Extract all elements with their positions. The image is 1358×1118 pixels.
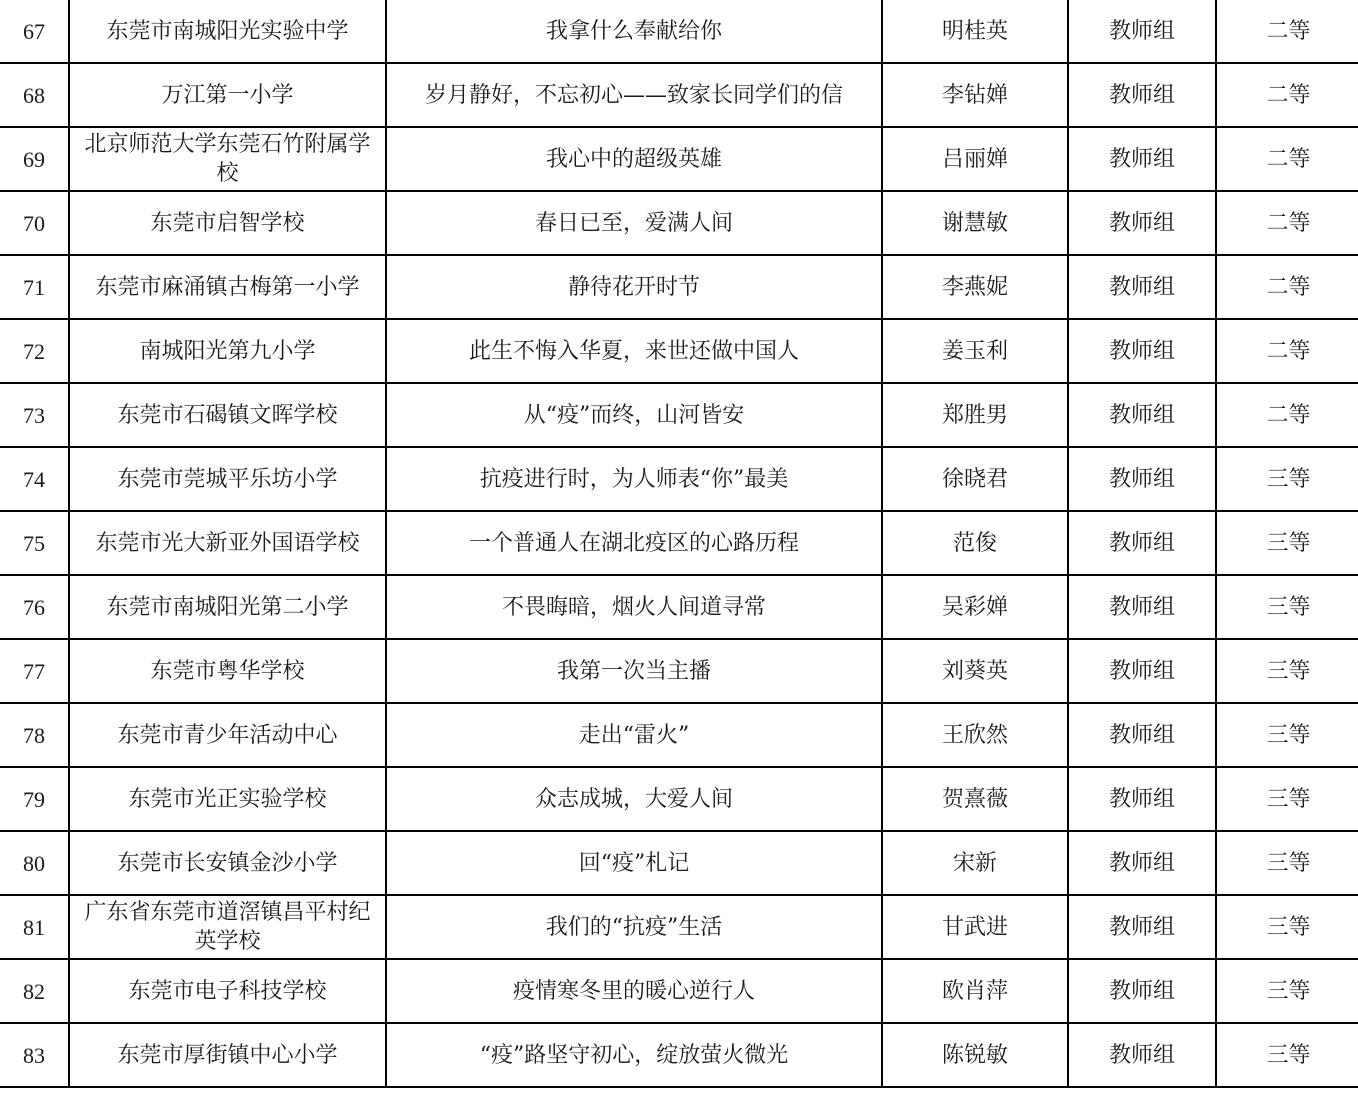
table-row: 83 东莞市厚街镇中心小学 “疫”路坚守初心，绽放萤火微光 陈锐敏 教师组 三等 [0, 1023, 1358, 1087]
prize-level: 二等 [1216, 383, 1358, 447]
table-row: 77 东莞市粤华学校 我第一次当主播 刘葵英 教师组 三等 [0, 639, 1358, 703]
prize-level: 二等 [1216, 127, 1358, 191]
table-row: 76 东莞市南城阳光第二小学 不畏晦暗，烟火人间道寻常 吴彩婵 教师组 三等 [0, 575, 1358, 639]
table-row: 74 东莞市莞城平乐坊小学 抗疫进行时，为人师表“你”最美 徐晓君 教师组 三等 [0, 447, 1358, 511]
row-number: 68 [0, 63, 69, 127]
group-name: 教师组 [1068, 0, 1216, 63]
work-title: 一个普通人在湖北疫区的心路历程 [386, 511, 882, 575]
author-name: 李钻婵 [882, 63, 1068, 127]
row-number: 74 [0, 447, 69, 511]
group-name: 教师组 [1068, 127, 1216, 191]
school-name: 东莞市南城阳光第二小学 [69, 575, 386, 639]
author-name: 吴彩婵 [882, 575, 1068, 639]
group-name: 教师组 [1068, 191, 1216, 255]
author-name: 明桂英 [882, 0, 1068, 63]
author-name: 刘葵英 [882, 639, 1068, 703]
school-name: 东莞市电子科技学校 [69, 959, 386, 1023]
author-name: 郑胜男 [882, 383, 1068, 447]
school-name: 广东省东莞市道滘镇昌平村纪英学校 [69, 895, 386, 959]
work-title: 众志成城，大爱人间 [386, 767, 882, 831]
group-name: 教师组 [1068, 255, 1216, 319]
table-row: 68 万江第一小学 岁月静好，不忘初心——致家长同学们的信 李钻婵 教师组 二等 [0, 63, 1358, 127]
prize-level: 二等 [1216, 191, 1358, 255]
school-name: 东莞市启智学校 [69, 191, 386, 255]
table-row: 81 广东省东莞市道滘镇昌平村纪英学校 我们的“抗疫”生活 甘武进 教师组 三等 [0, 895, 1358, 959]
school-name: 东莞市青少年活动中心 [69, 703, 386, 767]
author-name: 王欣然 [882, 703, 1068, 767]
row-number: 67 [0, 0, 69, 63]
work-title: 我们的“抗疫”生活 [386, 895, 882, 959]
awards-table: 67 东莞市南城阳光实验中学 我拿什么奉献给你 明桂英 教师组 二等 68 万江… [0, 0, 1358, 1088]
row-number: 81 [0, 895, 69, 959]
work-title: 走出“雷火” [386, 703, 882, 767]
prize-level: 二等 [1216, 63, 1358, 127]
school-name: 南城阳光第九小学 [69, 319, 386, 383]
prize-level: 三等 [1216, 1023, 1358, 1087]
row-number: 82 [0, 959, 69, 1023]
school-name: 东莞市粤华学校 [69, 639, 386, 703]
table-row: 70 东莞市启智学校 春日已至，爱满人间 谢慧敏 教师组 二等 [0, 191, 1358, 255]
table-row: 73 东莞市石碣镇文晖学校 从“疫”而终，山河皆安 郑胜男 教师组 二等 [0, 383, 1358, 447]
school-name: 东莞市光正实验学校 [69, 767, 386, 831]
author-name: 吕丽婵 [882, 127, 1068, 191]
table-row: 80 东莞市长安镇金沙小学 回“疫”札记 宋新 教师组 三等 [0, 831, 1358, 895]
school-name: 东莞市光大新亚外国语学校 [69, 511, 386, 575]
group-name: 教师组 [1068, 447, 1216, 511]
group-name: 教师组 [1068, 63, 1216, 127]
school-name: 东莞市南城阳光实验中学 [69, 0, 386, 63]
work-title: 静待花开时节 [386, 255, 882, 319]
row-number: 77 [0, 639, 69, 703]
prize-level: 三等 [1216, 895, 1358, 959]
prize-level: 二等 [1216, 0, 1358, 63]
row-number: 69 [0, 127, 69, 191]
author-name: 甘武进 [882, 895, 1068, 959]
group-name: 教师组 [1068, 1023, 1216, 1087]
awards-table-body: 67 东莞市南城阳光实验中学 我拿什么奉献给你 明桂英 教师组 二等 68 万江… [0, 0, 1358, 1087]
work-title: 我心中的超级英雄 [386, 127, 882, 191]
school-name: 东莞市麻涌镇古梅第一小学 [69, 255, 386, 319]
table-row: 71 东莞市麻涌镇古梅第一小学 静待花开时节 李燕妮 教师组 二等 [0, 255, 1358, 319]
prize-level: 三等 [1216, 703, 1358, 767]
row-number: 70 [0, 191, 69, 255]
work-title: 此生不悔入华夏，来世还做中国人 [386, 319, 882, 383]
group-name: 教师组 [1068, 703, 1216, 767]
row-number: 80 [0, 831, 69, 895]
prize-level: 三等 [1216, 767, 1358, 831]
group-name: 教师组 [1068, 319, 1216, 383]
group-name: 教师组 [1068, 639, 1216, 703]
group-name: 教师组 [1068, 511, 1216, 575]
work-title: 从“疫”而终，山河皆安 [386, 383, 882, 447]
school-name: 东莞市长安镇金沙小学 [69, 831, 386, 895]
school-name: 东莞市厚街镇中心小学 [69, 1023, 386, 1087]
group-name: 教师组 [1068, 895, 1216, 959]
prize-level: 三等 [1216, 639, 1358, 703]
row-number: 83 [0, 1023, 69, 1087]
row-number: 78 [0, 703, 69, 767]
group-name: 教师组 [1068, 383, 1216, 447]
prize-level: 三等 [1216, 959, 1358, 1023]
group-name: 教师组 [1068, 959, 1216, 1023]
prize-level: 三等 [1216, 575, 1358, 639]
author-name: 欧肖萍 [882, 959, 1068, 1023]
group-name: 教师组 [1068, 767, 1216, 831]
work-title: 回“疫”札记 [386, 831, 882, 895]
author-name: 谢慧敏 [882, 191, 1068, 255]
table-row: 69 北京师范大学东莞石竹附属学校 我心中的超级英雄 吕丽婵 教师组 二等 [0, 127, 1358, 191]
table-row: 78 东莞市青少年活动中心 走出“雷火” 王欣然 教师组 三等 [0, 703, 1358, 767]
school-name: 东莞市莞城平乐坊小学 [69, 447, 386, 511]
work-title: 我第一次当主播 [386, 639, 882, 703]
school-name: 东莞市石碣镇文晖学校 [69, 383, 386, 447]
work-title: 岁月静好，不忘初心——致家长同学们的信 [386, 63, 882, 127]
table-row: 75 东莞市光大新亚外国语学校 一个普通人在湖北疫区的心路历程 范俊 教师组 三… [0, 511, 1358, 575]
work-title: “疫”路坚守初心，绽放萤火微光 [386, 1023, 882, 1087]
work-title: 不畏晦暗，烟火人间道寻常 [386, 575, 882, 639]
work-title: 抗疫进行时，为人师表“你”最美 [386, 447, 882, 511]
group-name: 教师组 [1068, 831, 1216, 895]
school-name: 北京师范大学东莞石竹附属学校 [69, 127, 386, 191]
work-title: 春日已至，爱满人间 [386, 191, 882, 255]
prize-level: 二等 [1216, 319, 1358, 383]
school-name: 万江第一小学 [69, 63, 386, 127]
table-row: 67 东莞市南城阳光实验中学 我拿什么奉献给你 明桂英 教师组 二等 [0, 0, 1358, 63]
author-name: 贺熹薇 [882, 767, 1068, 831]
table-row: 72 南城阳光第九小学 此生不悔入华夏，来世还做中国人 姜玉利 教师组 二等 [0, 319, 1358, 383]
work-title: 我拿什么奉献给你 [386, 0, 882, 63]
prize-level: 三等 [1216, 831, 1358, 895]
prize-level: 二等 [1216, 255, 1358, 319]
prize-level: 三等 [1216, 447, 1358, 511]
author-name: 范俊 [882, 511, 1068, 575]
author-name: 宋新 [882, 831, 1068, 895]
author-name: 陈锐敏 [882, 1023, 1068, 1087]
row-number: 71 [0, 255, 69, 319]
group-name: 教师组 [1068, 575, 1216, 639]
table-row: 79 东莞市光正实验学校 众志成城，大爱人间 贺熹薇 教师组 三等 [0, 767, 1358, 831]
author-name: 李燕妮 [882, 255, 1068, 319]
row-number: 72 [0, 319, 69, 383]
work-title: 疫情寒冬里的暖心逆行人 [386, 959, 882, 1023]
row-number: 73 [0, 383, 69, 447]
row-number: 76 [0, 575, 69, 639]
row-number: 75 [0, 511, 69, 575]
row-number: 79 [0, 767, 69, 831]
author-name: 徐晓君 [882, 447, 1068, 511]
table-row: 82 东莞市电子科技学校 疫情寒冬里的暖心逆行人 欧肖萍 教师组 三等 [0, 959, 1358, 1023]
author-name: 姜玉利 [882, 319, 1068, 383]
prize-level: 三等 [1216, 511, 1358, 575]
